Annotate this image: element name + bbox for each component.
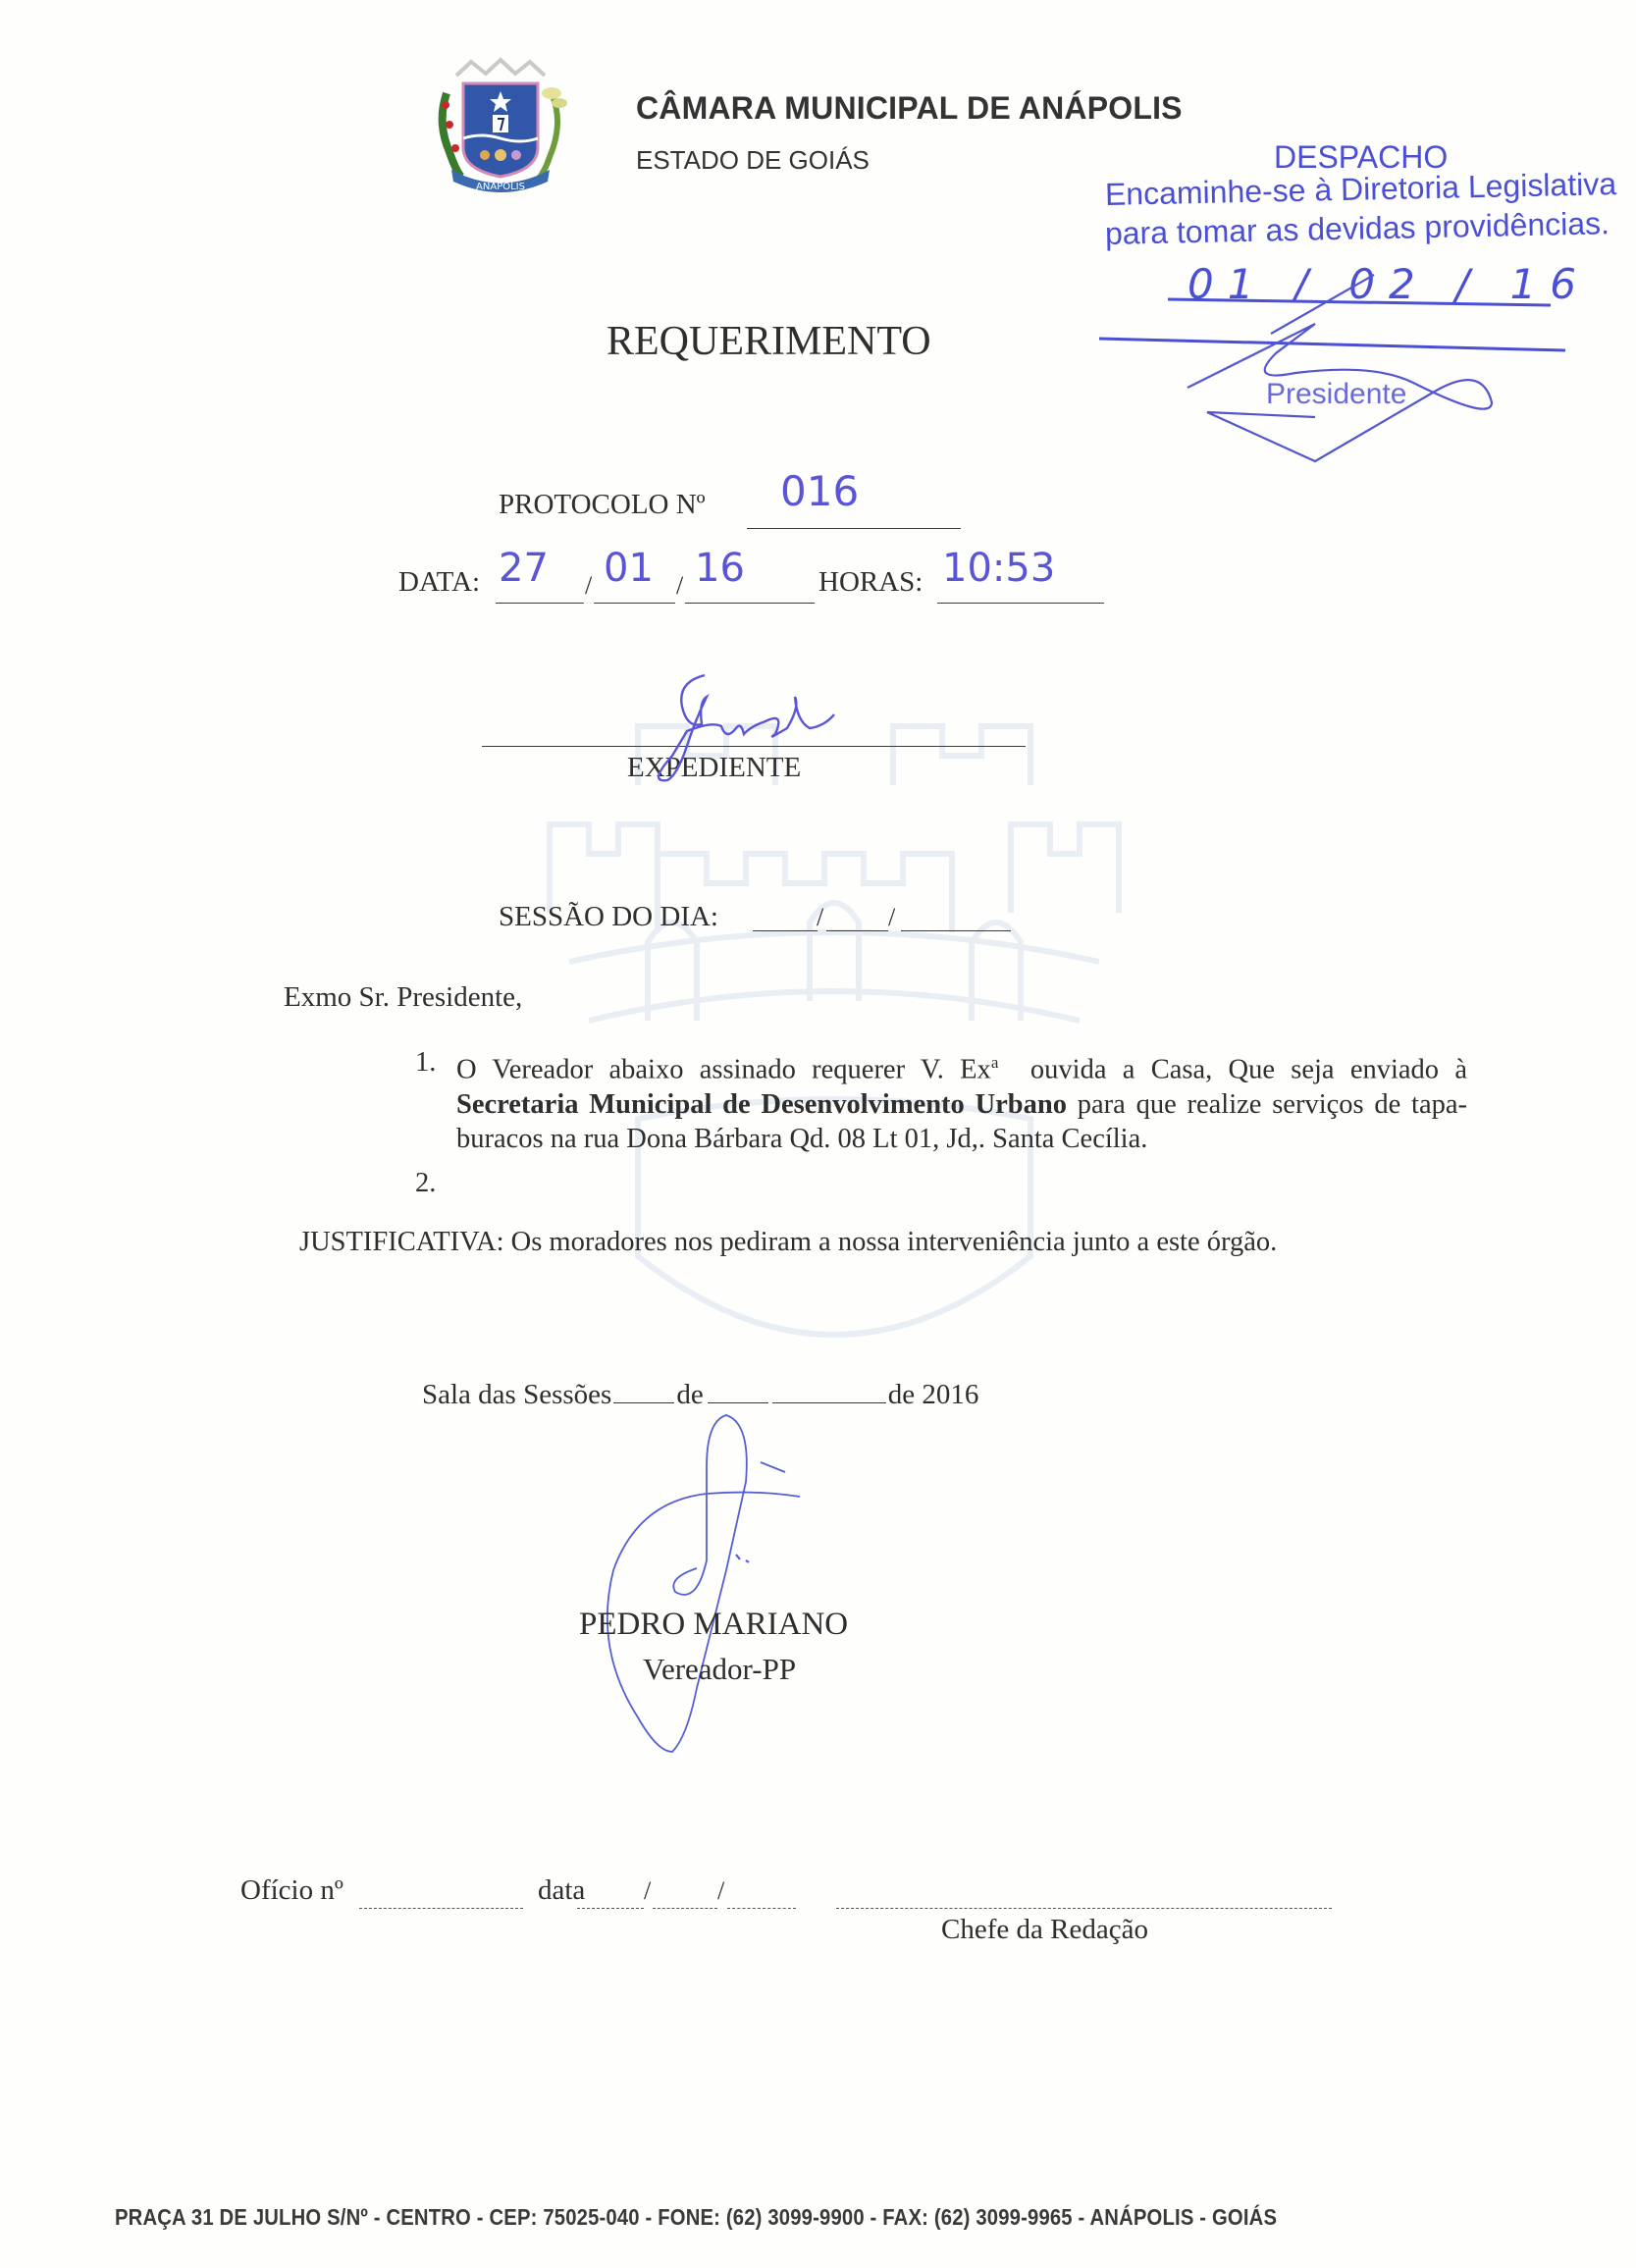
date-day-value[interactable]: 27 <box>499 546 549 591</box>
footer-address: PRAÇA 31 DE JULHO S/Nº - CENTRO - CEP: 7… <box>115 2204 1277 2231</box>
session-day-underline[interactable] <box>753 930 818 931</box>
organization-name: CÂMARA MUNICIPAL DE ANÁPOLIS <box>636 90 1183 127</box>
justification: JUSTIFICATIVA: Os moradores nos pediram … <box>299 1227 1277 1258</box>
expediente-signature-icon <box>628 667 883 795</box>
office-date-label: data <box>538 1874 585 1907</box>
date-day-underline <box>496 603 584 604</box>
signatory-role: Vereador-PP <box>643 1652 796 1687</box>
office-date-separator: / <box>644 1876 651 1906</box>
signatory-signature-icon <box>559 1374 873 1767</box>
closing-year: de 2016 <box>888 1379 979 1410</box>
hours-label: HORAS: <box>818 566 923 599</box>
item-number: 1. <box>415 1045 436 1080</box>
coat-of-arms-icon: ANÁPOLIS <box>432 54 569 206</box>
session-date-separator: / <box>888 903 895 932</box>
session-year-underline[interactable] <box>901 930 1011 931</box>
item-text: O Vereador abaixo assinado requerer V. E… <box>456 1045 1467 1156</box>
request-item: 2. <box>415 1166 1467 1200</box>
protocol-label: PROTOCOLO Nº <box>499 489 706 521</box>
office-date-year-blank[interactable] <box>727 1908 796 1909</box>
dispatch-stamp: DESPACHO Encaminhe-se à Diretoria Legisl… <box>1080 128 1636 471</box>
protocol-value[interactable]: 016 <box>780 467 859 515</box>
president-signature-icon <box>1080 128 1636 471</box>
date-month-value[interactable]: 01 <box>604 546 654 591</box>
date-month-underline <box>594 603 675 604</box>
protocol-underline <box>747 528 961 529</box>
date-year-value[interactable]: 16 <box>695 546 745 591</box>
date-label: DATA: <box>398 566 480 599</box>
office-date-separator: / <box>717 1876 724 1906</box>
office-number-blank[interactable] <box>359 1908 523 1909</box>
office-number-label: Ofício nº <box>240 1874 343 1907</box>
hours-underline <box>937 603 1104 604</box>
date-separator: / <box>676 571 683 601</box>
greeting: Exmo Sr. Presidente, <box>284 981 522 1014</box>
svg-text:ANÁPOLIS: ANÁPOLIS <box>476 180 525 192</box>
item-bold-entity: Secretaria Municipal de Desenvolvimento … <box>456 1089 1067 1120</box>
signatory-name: PEDRO MARIANO <box>579 1607 848 1643</box>
document-title: REQUERIMENTO <box>607 318 931 365</box>
request-item: 1. O Vereador abaixo assinado requerer V… <box>415 1045 1467 1156</box>
document-page: ANÁPOLIS CÂMARA MUNICIPAL DE ANÁPOLIS ES… <box>0 0 1636 2268</box>
chief-signature-line <box>836 1908 1332 1909</box>
chief-signature-label: Chefe da Redação <box>941 1914 1148 1946</box>
session-date-separator: / <box>817 903 823 932</box>
hours-value[interactable]: 10:53 <box>942 546 1055 591</box>
organization-state: ESTADO DE GOIÁS <box>636 145 870 176</box>
date-year-underline <box>685 603 815 604</box>
session-date-label: SESSÃO DO DIA: <box>499 901 718 933</box>
office-date-month-blank[interactable] <box>653 1908 717 1909</box>
date-separator: / <box>585 571 592 601</box>
session-month-underline[interactable] <box>826 930 888 931</box>
office-date-day-blank[interactable] <box>577 1908 644 1909</box>
request-items: 1. O Vereador abaixo assinado requerer V… <box>415 1045 1467 1200</box>
item-number: 2. <box>415 1166 436 1200</box>
